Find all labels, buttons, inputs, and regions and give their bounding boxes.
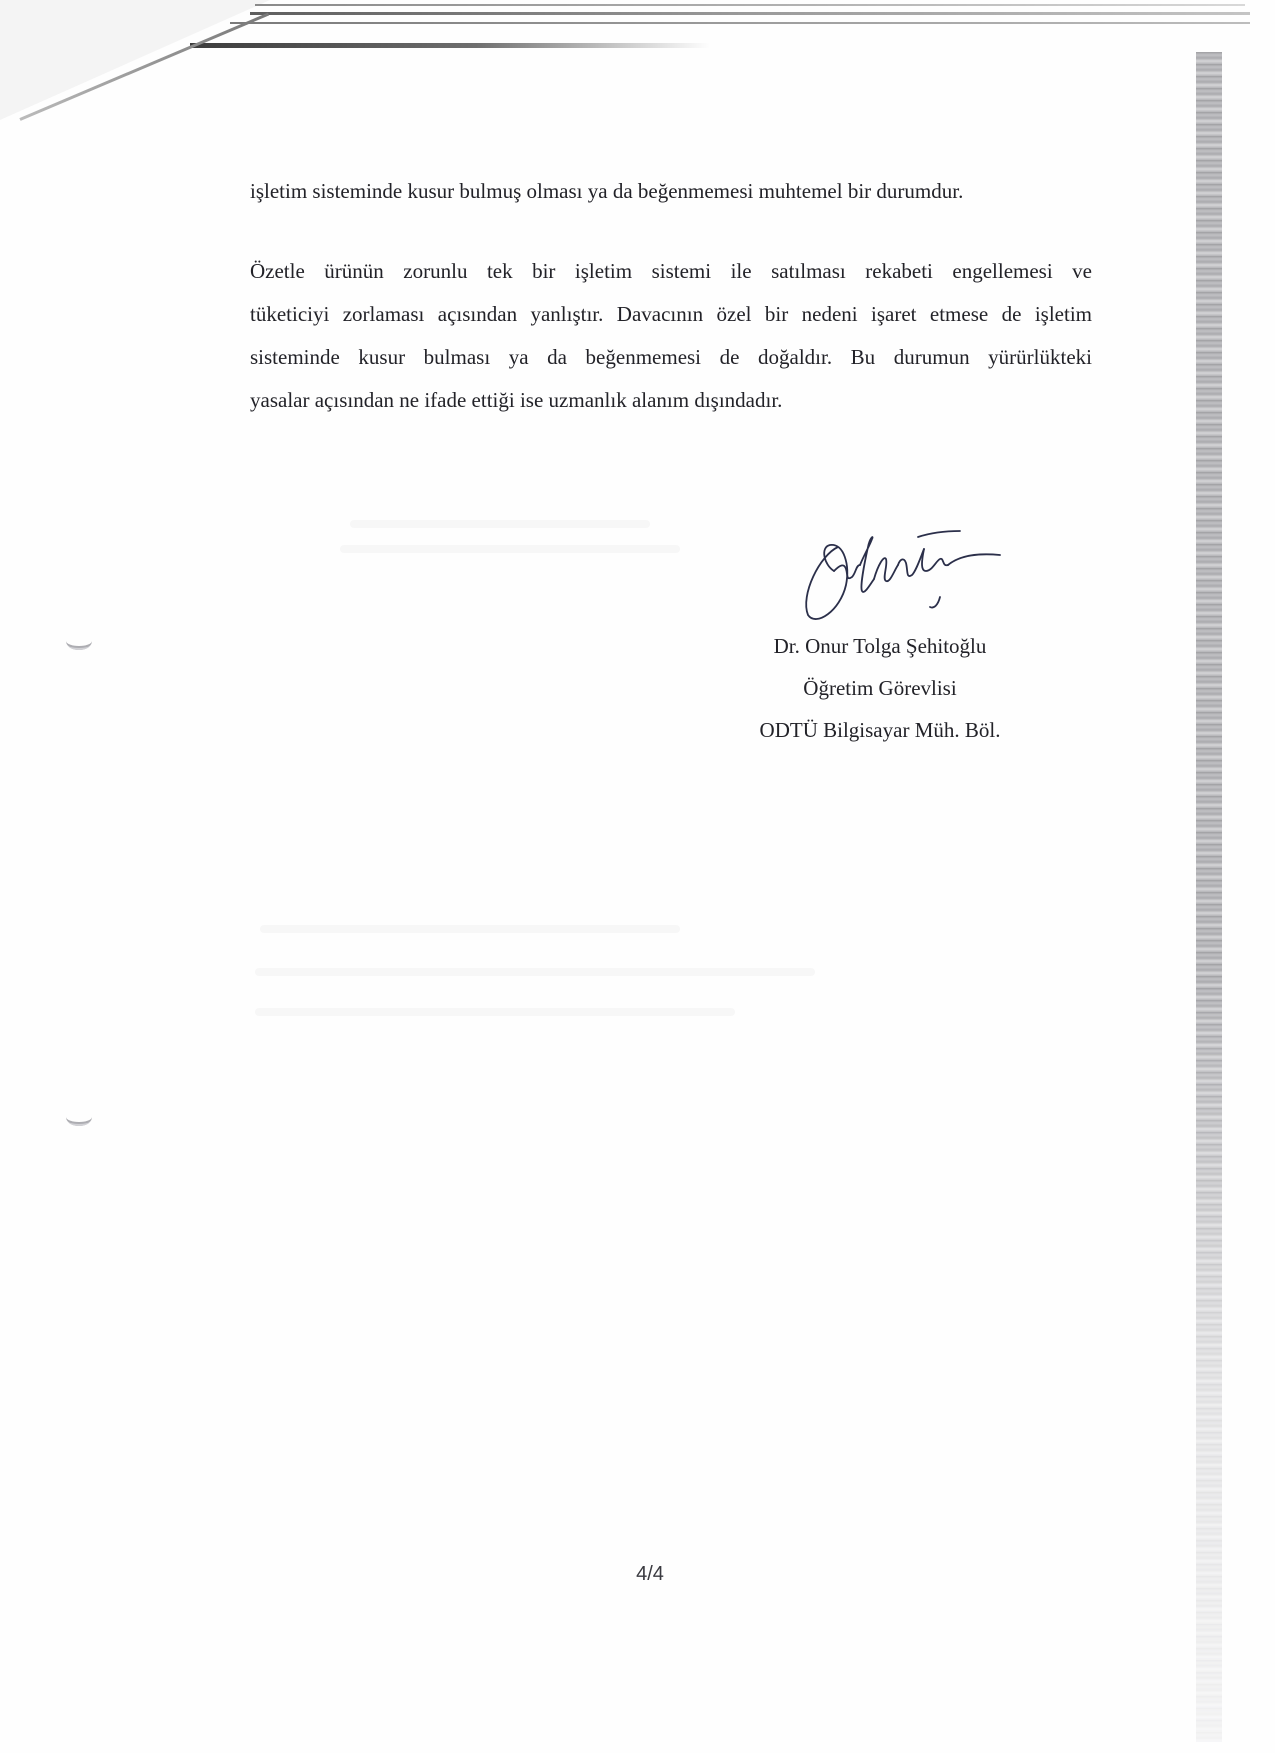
- signatory-title: Öğretim Görevlisi: [730, 667, 1030, 709]
- bleed-through: [255, 1008, 735, 1016]
- page-number: 4/4: [620, 1563, 680, 1586]
- signatory-block: Dr. Onur Tolga Şehitoğlu Öğretim Görevli…: [730, 625, 1030, 751]
- signatory-affiliation: ODTÜ Bilgisayar Müh. Böl.: [730, 709, 1030, 751]
- bleed-through: [255, 968, 815, 976]
- scanned-page: işletim sisteminde kusur bulmuş olması y…: [0, 0, 1275, 1753]
- text-line: tüketiciyi zorlaması açısından yanlıştır…: [250, 293, 1092, 336]
- folded-corner-shade: [0, 0, 270, 120]
- hole-punch-mark: [66, 632, 92, 650]
- bleed-through: [350, 520, 650, 528]
- signatory-name: Dr. Onur Tolga Şehitoğlu: [730, 625, 1030, 667]
- hole-punch-mark: [66, 1108, 92, 1126]
- bleed-through: [260, 925, 680, 933]
- scanner-edge-streak: [1196, 52, 1222, 1742]
- scan-edge-line: [250, 12, 1250, 15]
- text-line: Özetle ürünün zorunlu tek bir işletim si…: [250, 250, 1092, 293]
- paragraph-summary: Özetle ürünün zorunlu tek bir işletim si…: [250, 250, 1092, 422]
- scan-edge-line: [230, 22, 1250, 24]
- paragraph-continuation: işletim sisteminde kusur bulmuş olması y…: [250, 170, 1092, 213]
- text-line: yasalar açısından ne ifade ettiği ise uz…: [250, 379, 1092, 422]
- scan-shadow-bar: [190, 43, 710, 48]
- text-line: sisteminde kusur bulması ya da beğenmeme…: [250, 336, 1092, 379]
- bleed-through: [340, 545, 680, 553]
- text-line: işletim sisteminde kusur bulmuş olması y…: [250, 170, 1092, 213]
- scan-edge-line: [255, 4, 1245, 6]
- handwritten-signature-icon: [790, 525, 1050, 625]
